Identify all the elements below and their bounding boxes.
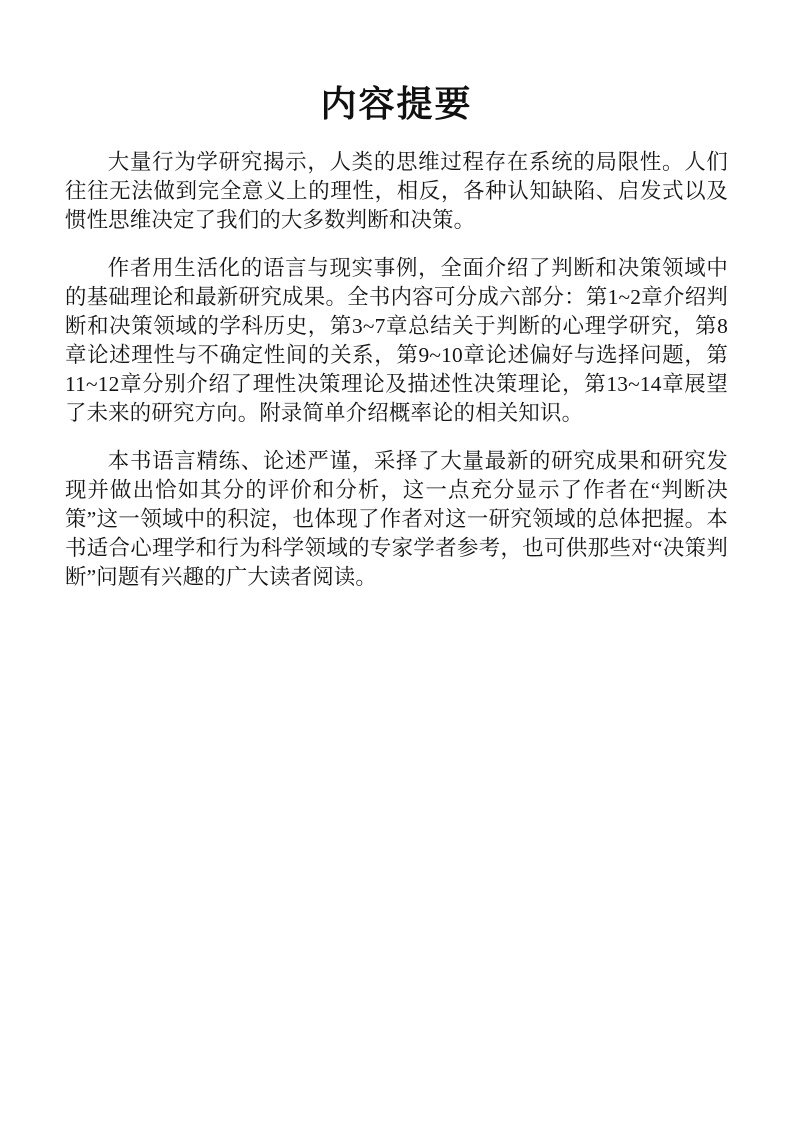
page-title: 内容提要 [0,84,793,124]
paragraph-summary-limitations: 大量行为学研究揭示，人类的思维过程存在系统的局限性。人们往往无法做到完全意义上的… [65,148,728,235]
body-text: 大量行为学研究揭示，人类的思维过程存在系统的局限性。人们往往无法做到完全意义上的… [65,148,728,592]
paragraph-audience: 本书语言精练、论述严谨，采择了大量最新的研究成果和研究发现并做出恰如其分的评价和… [65,447,728,592]
book-page: 内容提要 大量行为学研究揭示，人类的思维过程存在系统的局限性。人们往往无法做到完… [0,0,793,1122]
paragraph-book-structure: 作者用生活化的语言与现实事例，全面介绍了判断和决策领域中的基础理论和最新研究成果… [65,254,728,428]
